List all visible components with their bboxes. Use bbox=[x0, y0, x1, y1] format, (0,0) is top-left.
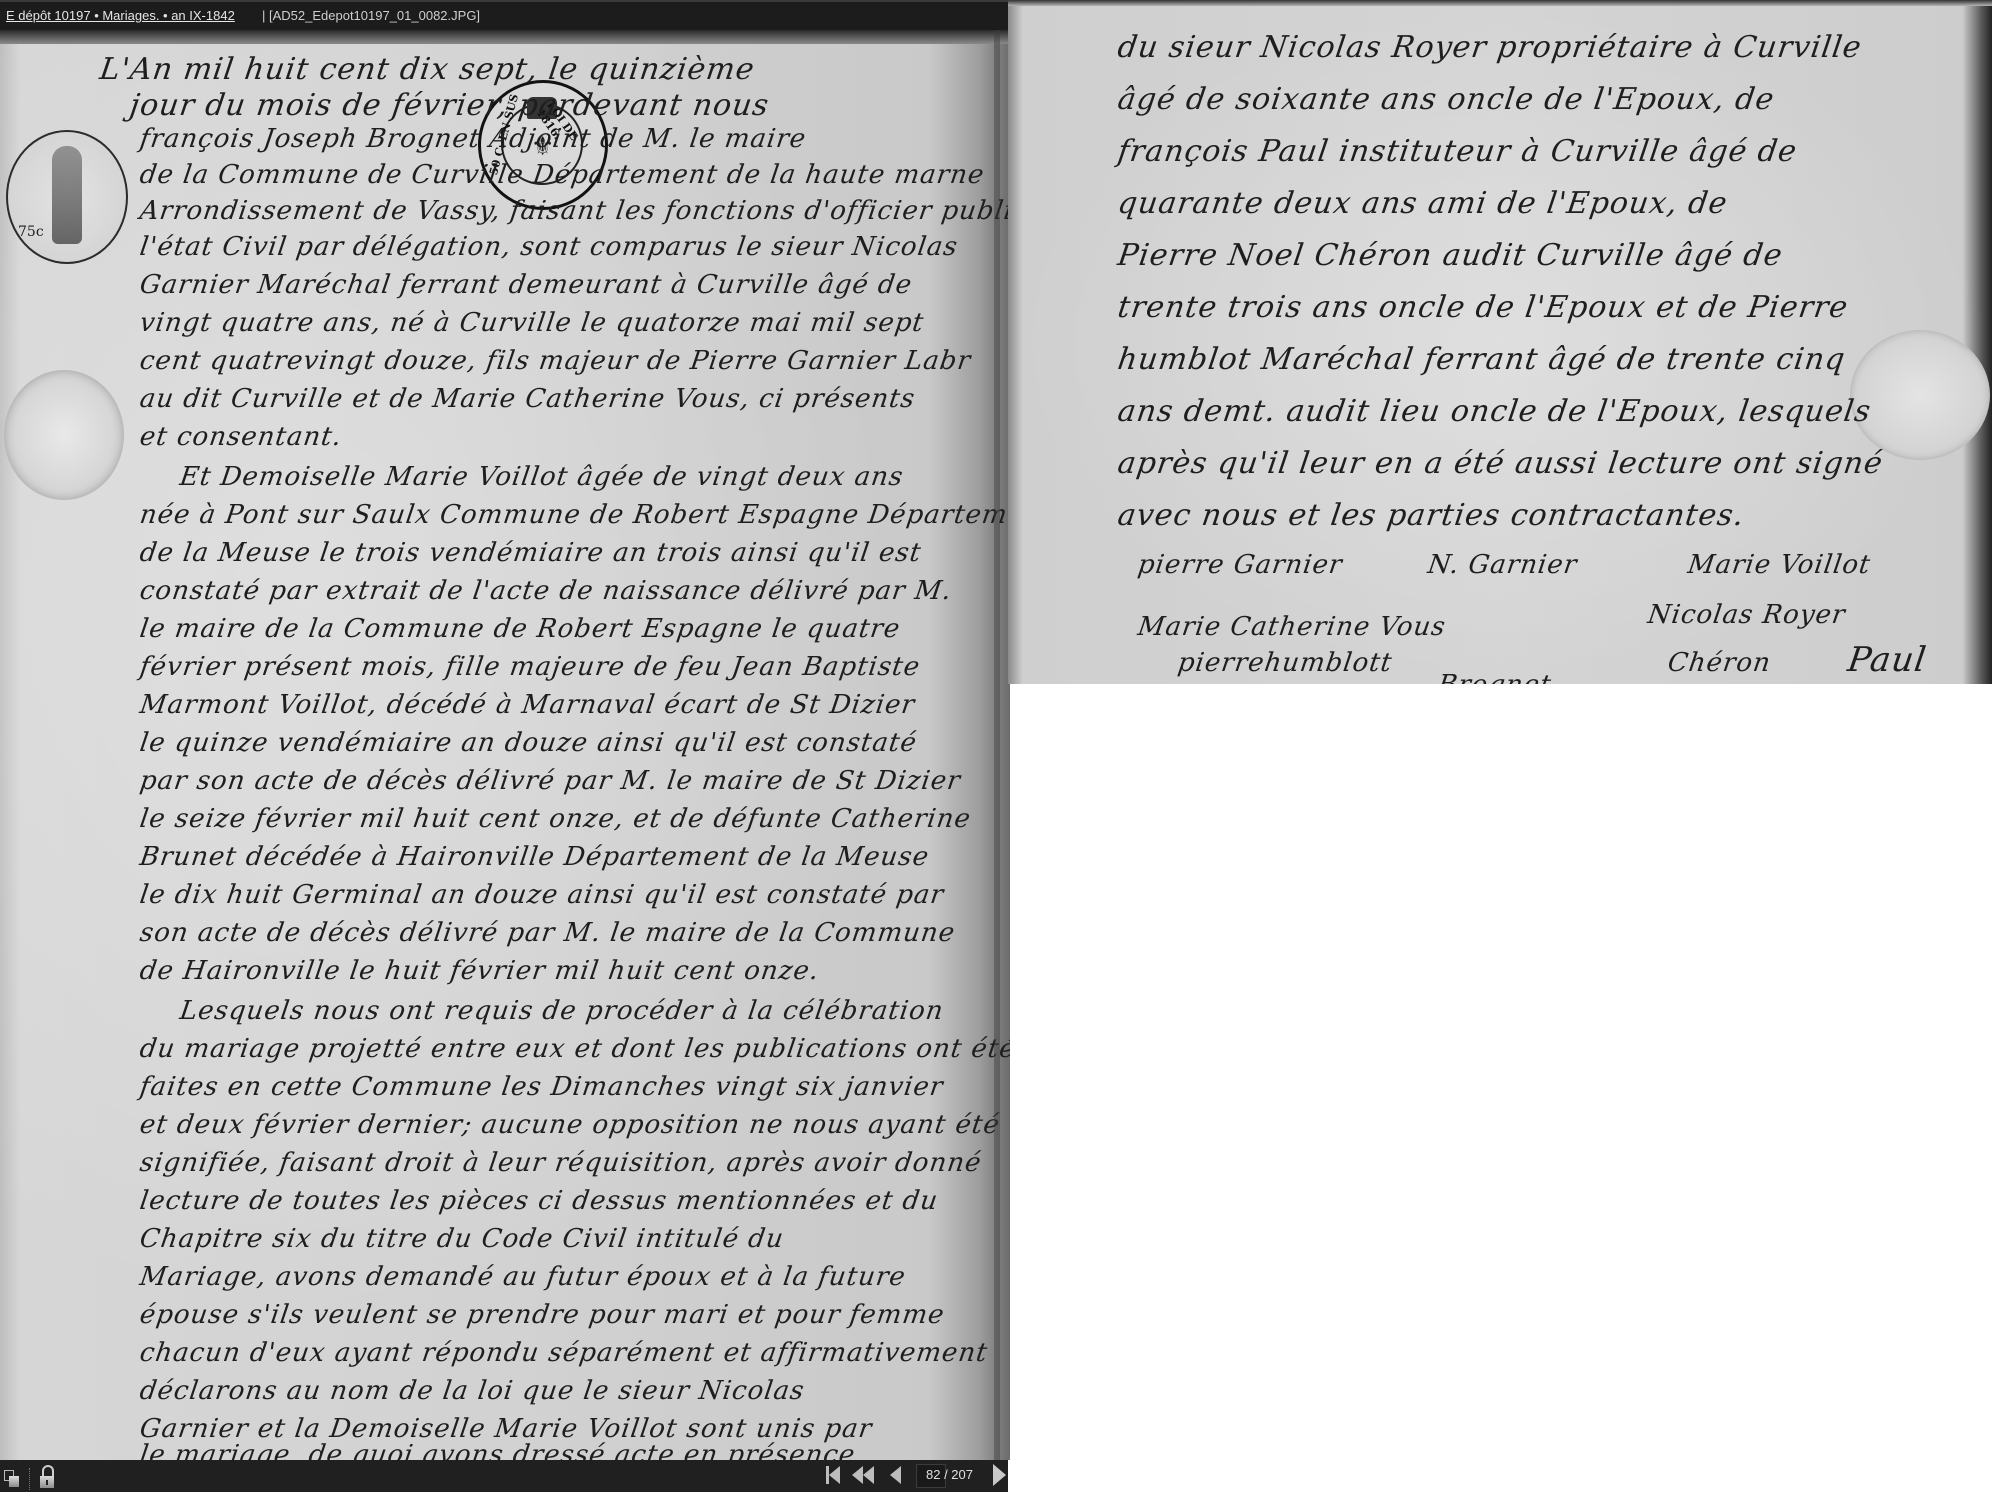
handwritten-line: ans demt. audit lieu oncle de l'Epoux, l… bbox=[1116, 394, 1874, 429]
signature: Nicolas Royer bbox=[1646, 600, 1848, 630]
viewer-toolbar: 82 / 207 bbox=[0, 1460, 1008, 1492]
handwritten-line: née à Pont sur Saulx Commune de Robert E… bbox=[138, 500, 1010, 530]
handwritten-line: après qu'il leur en a été aussi lecture … bbox=[1116, 446, 1886, 481]
unlock-icon[interactable] bbox=[40, 1465, 54, 1489]
handwritten-line: jour du mois de février, pardevant nous bbox=[128, 88, 772, 123]
previous-page-icon bbox=[890, 1466, 901, 1484]
handwritten-line: le quinze vendémiaire an douze ainsi qu'… bbox=[138, 728, 919, 758]
signature: pierrehumblott bbox=[1176, 648, 1394, 678]
handwritten-line: le seize février mil huit cent onze, et … bbox=[138, 804, 973, 834]
allegory-figure-icon bbox=[52, 146, 82, 244]
signature: Chéron bbox=[1666, 648, 1773, 678]
first-page-button[interactable] bbox=[826, 1466, 840, 1486]
handwritten-line: vingt quatre ans, né à Curville le quato… bbox=[138, 308, 926, 338]
handwritten-line: du mariage projetté entre eux et dont le… bbox=[138, 1034, 1010, 1064]
handwritten-line: L'An mil huit cent dix sept, le quinzièm… bbox=[98, 52, 758, 87]
handwritten-line: de Haironville le huit février mil huit … bbox=[138, 956, 821, 986]
handwritten-line: âgé de soixante ans oncle de l'Epoux, de bbox=[1116, 82, 1777, 117]
next-page-button[interactable] bbox=[993, 1464, 1006, 1484]
handwritten-line: cent quatrevingt douze, fils majeur de P… bbox=[138, 346, 973, 376]
handwritten-line: signifiée, faisant droit à leur réquisit… bbox=[138, 1148, 984, 1178]
handwritten-line: humblot Maréchal ferrant âgé de trente c… bbox=[1116, 342, 1848, 377]
handwritten-line: Et Demoiselle Marie Voillot âgée de ving… bbox=[178, 462, 906, 492]
handwritten-line: quarante deux ans ami de l'Epoux, de bbox=[1116, 186, 1730, 221]
rewind-icon bbox=[852, 1466, 863, 1484]
handwritten-line: par son acte de décès délivré par M. le … bbox=[138, 766, 963, 796]
image-viewer: E dépôt 10197 • Mariages. • an IX-1842 |… bbox=[0, 0, 1008, 1492]
filename-label: | [AD52_Edepot10197_01_0082.JPG] bbox=[262, 2, 480, 30]
handwritten-line: au dit Curville et de Marie Catherine Vo… bbox=[138, 384, 917, 414]
handwritten-line: Mariage, avons demandé au futur époux et… bbox=[138, 1262, 908, 1292]
signature: pierre Garnier bbox=[1136, 550, 1345, 580]
handwritten-line: Brunet décédée à Haironville Département… bbox=[138, 842, 931, 872]
next-page-icon bbox=[993, 1464, 1006, 1486]
handwritten-line: lecture de toutes les pièces ci dessus m… bbox=[138, 1186, 940, 1216]
handwritten-line: faites en cette Commune les Dimanches vi… bbox=[138, 1072, 945, 1102]
handwritten-line: et consentant. bbox=[138, 422, 344, 452]
document-image-right[interactable]: du sieur Nicolas Royer propriétaire à Cu… bbox=[1008, 0, 1992, 684]
handwritten-line: Arrondissement de Vassy, faisant les fon… bbox=[138, 196, 1010, 226]
handwritten-line: son acte de décès délivré par M. le mair… bbox=[138, 918, 957, 948]
handwritten-line: Pierre Noel Chéron audit Curville âgé de bbox=[1116, 238, 1785, 273]
handwritten-line: Chapitre six du titre du Code Civil inti… bbox=[138, 1224, 786, 1254]
handwritten-line: et deux février dernier; aucune oppositi… bbox=[138, 1110, 1002, 1140]
handwritten-line: du sieur Nicolas Royer propriétaire à Cu… bbox=[1116, 30, 1864, 65]
handwritten-line: avec nous et les parties contractantes. bbox=[1116, 498, 1747, 533]
toolbar-divider bbox=[29, 1468, 30, 1490]
document-image-left[interactable]: 75c ⚜ LOI DE 1816. 50 C. EN SUS L'An mil… bbox=[0, 30, 1010, 1460]
breadcrumb-link[interactable]: E dépôt 10197 • Mariages. • an IX-1842 bbox=[6, 2, 235, 30]
handwritten-line: françois Joseph Brognet Adjoint de M. le… bbox=[138, 124, 808, 154]
handwritten-line: le mariage, de quoi avons dressé acte en… bbox=[138, 1440, 857, 1460]
handwritten-line: trente trois ans oncle de l'Epoux et de … bbox=[1116, 290, 1851, 325]
handwritten-line: déclarons au nom de la loi que le sieur … bbox=[138, 1376, 807, 1406]
signature: N. Garnier bbox=[1426, 550, 1579, 580]
handwritten-line: de la Meuse le trois vendémiaire an troi… bbox=[138, 538, 924, 568]
signature: Brognet bbox=[1436, 670, 1554, 684]
rewind-button[interactable] bbox=[852, 1466, 874, 1486]
embossed-seal bbox=[4, 370, 124, 500]
handwritten-line: épouse s'ils veulent se prendre pour mar… bbox=[138, 1300, 947, 1330]
viewer-title-bar: E dépôt 10197 • Mariages. • an IX-1842 |… bbox=[0, 0, 1008, 30]
first-page-icon bbox=[829, 1466, 840, 1484]
tax-stamp-figure: 75c bbox=[6, 130, 128, 264]
handwritten-line: le dix huit Germinal an douze ainsi qu'i… bbox=[138, 880, 946, 910]
handwritten-line: l'état Civil par délégation, sont compar… bbox=[138, 232, 960, 262]
handwritten-line: de la Commune de Curville Département de… bbox=[138, 160, 987, 190]
handwritten-line: Lesquels nous ont requis de procéder à l… bbox=[178, 996, 946, 1026]
handwritten-line: le maire de la Commune de Robert Espagne… bbox=[138, 614, 902, 644]
handwritten-line: chacun d'eux ayant répondu séparément et… bbox=[138, 1338, 990, 1368]
handwritten-line: Garnier Maréchal ferrant demeurant à Cur… bbox=[138, 270, 914, 300]
handwritten-line: février présent mois, fille majeure de f… bbox=[138, 652, 922, 682]
signature: Marie Voillot bbox=[1686, 550, 1873, 580]
handwritten-line: Marmont Voillot, décédé à Marnaval écart… bbox=[138, 690, 917, 720]
handwritten-line: constaté par extrait de l'acte de naissa… bbox=[138, 576, 954, 606]
previous-page-button[interactable] bbox=[890, 1466, 901, 1486]
page-indicator: 82 / 207 bbox=[926, 1460, 973, 1490]
signature: Marie Catherine Vous bbox=[1136, 612, 1448, 642]
signature: Paul bbox=[1845, 640, 1929, 680]
windows-icon[interactable] bbox=[4, 1470, 18, 1486]
handwritten-line: françois Paul instituteur à Curville âgé… bbox=[1116, 134, 1800, 169]
stamp-price: 75c bbox=[18, 224, 44, 240]
